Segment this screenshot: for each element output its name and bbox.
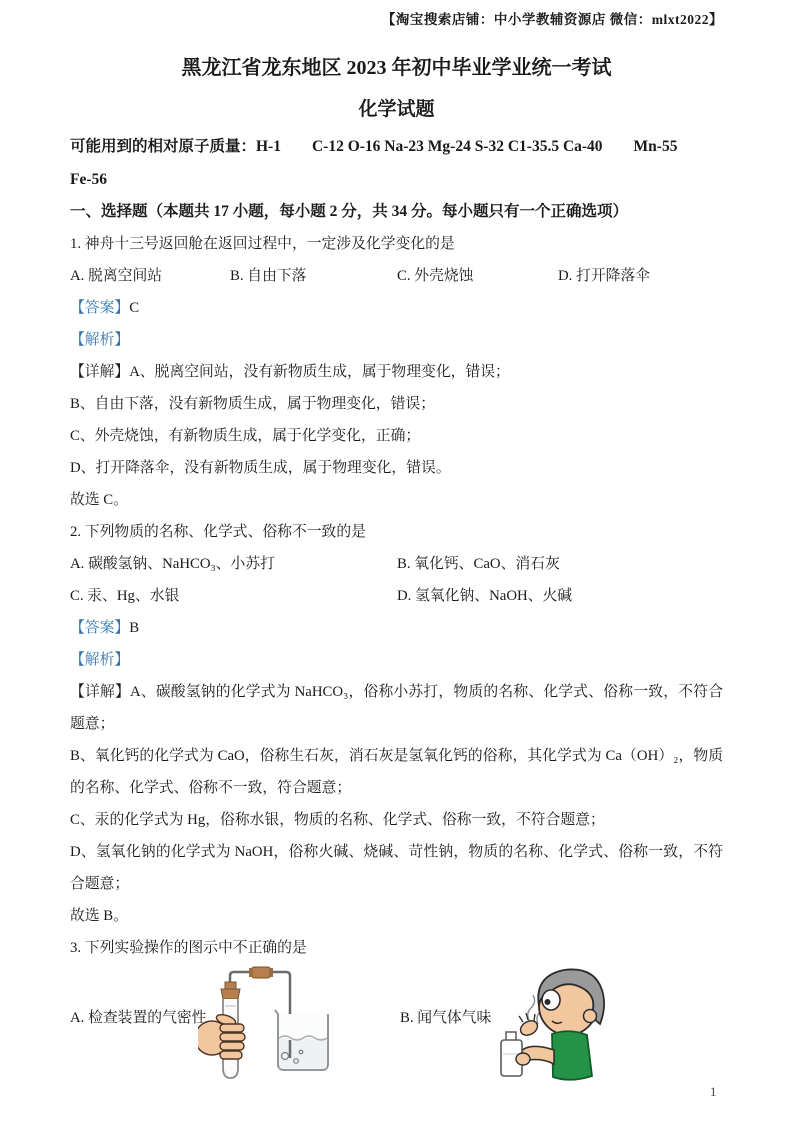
smell-wave	[528, 995, 535, 1022]
q2-option-c: C. 汞、Hg、水银	[70, 580, 179, 612]
q1-conclusion: 故选 C。	[70, 484, 723, 516]
q3-option-a-label: A. 检查装置的气密性	[70, 1008, 206, 1028]
holding-hand	[516, 1053, 530, 1065]
q1-detail-0: 【详解】A、脱离空间站，没有新物质生成，属于物理变化，错误；	[70, 356, 723, 388]
airtightness-check-illustration	[198, 966, 338, 1084]
q1-option-a: A. 脱离空间站	[70, 260, 162, 292]
q1-detail-1: B、自由下落，没有新物质生成，属于物理变化，错误；	[70, 388, 723, 420]
q1-answer-line: 【答案】C	[70, 292, 723, 324]
exam-subtitle: 化学试题	[70, 96, 723, 124]
connector-end-left	[249, 968, 253, 977]
q2-options-row1: A. 碳酸氢钠、NaHCO₃、小苏打 B. 氧化钙、CaO、消石灰	[70, 548, 723, 580]
analysis-marker: 【解析】	[70, 652, 129, 668]
q1-analysis-line: 【解析】	[70, 324, 723, 356]
exam-title: 黑龙江省龙东地区 2023 年初中毕业学业统一考试	[70, 54, 723, 82]
atomic-masses-line2: Fe-56	[70, 163, 723, 196]
q3-option-b-label: B. 闻气体气味	[400, 1008, 491, 1028]
atomic-masses-line1: 可能用到的相对原子质量：H-1 C-12 O-16 Na-23 Mg-24 S-…	[70, 130, 723, 163]
q3-stem: 3. 下列实验操作的图示中不正确的是	[70, 932, 723, 964]
connector-end-right	[269, 968, 273, 977]
q1-answer-value: C	[129, 300, 139, 316]
boy-eye	[542, 990, 560, 1010]
boy-pupil	[545, 999, 551, 1005]
q2-conclusion: 故选 B。	[70, 900, 723, 932]
q2-detail-1: B、氧化钙的化学式为 CaO，俗称生石灰，消石灰是氢氧化钙的俗称，其化学式为 C…	[70, 740, 723, 804]
q1-options: A. 脱离空间站 B. 自由下落 C. 外壳烧蚀 D. 打开降落伞	[70, 260, 723, 292]
q2-detail-0: 【详解】A、碳酸氢钠的化学式为 NaHCO₃，俗称小苏打，物质的名称、化学式、俗…	[70, 676, 723, 740]
rubber-connector	[252, 967, 270, 978]
q1-detail-2: C、外壳烧蚀，有新物质生成，属于化学变化，正确；	[70, 420, 723, 452]
boy-shirt	[552, 1031, 592, 1080]
analysis-marker: 【解析】	[70, 332, 129, 348]
q2-detail-3: D、氢氧化钠的化学式为 NaOH，俗称火碱、烧碱、苛性钠，物质的名称、化学式、俗…	[70, 836, 723, 900]
q2-option-a: A. 碳酸氢钠、NaHCO₃、小苏打	[70, 548, 275, 580]
q2-answer-value: B	[129, 620, 139, 636]
stopper-top	[225, 982, 236, 989]
q3-illustrations: A. 检查装置的气密性	[70, 966, 723, 1086]
q1-detail-3: D、打开降落伞，没有新物质生成，属于物理变化，错误。	[70, 452, 723, 484]
page-number: 1	[710, 1084, 717, 1100]
q2-analysis-line: 【解析】	[70, 644, 723, 676]
answer-marker: 【答案】	[70, 620, 129, 636]
q2-stem: 2. 下列物质的名称、化学式、俗称不一致的是	[70, 516, 723, 548]
section-header: 一、选择题（本题共 17 小题，每小题 2 分，共 34 分。每小题只有一个正确…	[70, 196, 723, 228]
rubber-stopper	[221, 989, 240, 999]
q2-option-b: B. 氧化钙、CaO、消石灰	[397, 548, 560, 580]
q1-option-c: C. 外壳烧蚀	[397, 260, 473, 292]
q1-option-d: D. 打开降落伞	[558, 260, 650, 292]
q1-option-b: B. 自由下落	[230, 260, 306, 292]
answer-marker: 【答案】	[70, 300, 129, 316]
exam-document-page: 【淘宝搜索店铺：中小学教辅资源店 微信：mlxt2022】 黑龙江省龙东地区 2…	[0, 0, 793, 1122]
q1-stem: 1. 神舟十三号返回舱在返回过程中，一定涉及化学变化的是	[70, 228, 723, 260]
boy-ear	[584, 1010, 597, 1023]
q2-option-d: D. 氢氧化钠、NaOH、火碱	[397, 580, 572, 612]
shop-banner: 【淘宝搜索店铺：中小学教辅资源店 微信：mlxt2022】	[70, 8, 723, 28]
q2-options-row2: C. 汞、Hg、水银 D. 氢氧化钠、NaOH、火碱	[70, 580, 723, 612]
q2-detail-2: C、汞的化学式为 Hg，俗称水银，物质的名称、化学式、俗称一致，不符合题意；	[70, 804, 723, 836]
smell-gas-illustration	[490, 964, 650, 1086]
q2-answer-line: 【答案】B	[70, 612, 723, 644]
